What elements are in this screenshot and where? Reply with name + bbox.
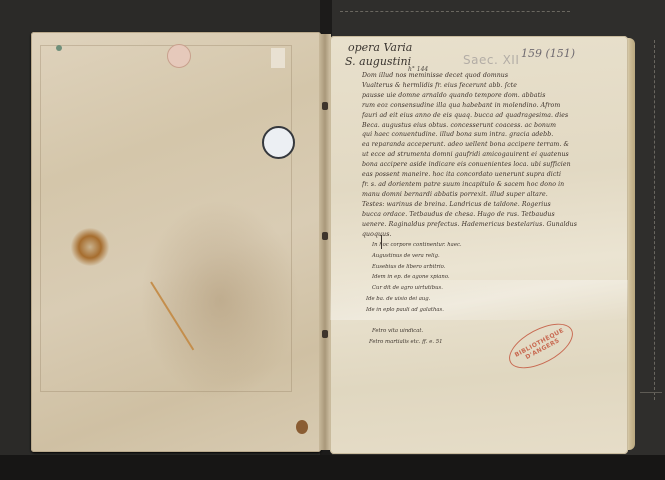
contents-line: In hoc corpore continentur. haec.	[372, 240, 462, 251]
contents-line: Idem in ep. de agone xpiano.	[372, 272, 462, 283]
board-paper-patch	[271, 48, 285, 68]
board-red-seal-mark	[167, 44, 191, 68]
contents-line: Augustinus de vera relig.	[372, 251, 462, 262]
annotation-title-line1: opera Varia	[348, 42, 412, 54]
contents-line: Ide in eplo pauli ad galathas.	[366, 305, 462, 316]
text-line: qui haec conuentudine. illud bona sum in…	[362, 130, 614, 140]
text-line: Dom illud nos meminisse decet quod domnu…	[362, 71, 614, 81]
sewing-hole	[322, 330, 328, 338]
text-line: rum eoz consensudine illa qua habebant i…	[362, 101, 614, 111]
sewing-hole	[322, 232, 328, 240]
text-line: eas possent maneire. hoc ita concordato …	[362, 170, 614, 180]
text-line: fr. s. ad dorientem patre suum incapitul…	[362, 180, 614, 190]
sewing-hole	[322, 102, 328, 110]
text-line: quoquus.	[362, 230, 614, 240]
contents-list: In hoc corpore continentur. haec. August…	[372, 240, 462, 348]
contents-line: Fetro martialis etc. ff. e. 51	[369, 337, 462, 348]
annotation-title-line2: S. augustini	[345, 56, 411, 68]
board-bottom-stain	[296, 420, 308, 434]
right-dashed-guide	[654, 40, 656, 400]
text-line: manu domni bernardi abbatis porrexit. il…	[362, 190, 614, 200]
contents-line: Ide ba. de uisio dei aug.	[366, 294, 462, 305]
contents-line: Cur dit de agro uirtutibus.	[372, 283, 462, 294]
text-line: uenere. Raginaldus prefectus. Hademericu…	[362, 220, 614, 230]
right-guide-end	[640, 392, 662, 393]
board-green-speck	[56, 45, 62, 51]
text-line: Beca. augustus eius obtus. concesserunt …	[362, 121, 614, 131]
contents-line	[372, 316, 462, 327]
board-hole	[262, 126, 295, 159]
text-line: Vualterus & hermlidis fr. eius fecerunt …	[362, 81, 614, 91]
contents-line: Eusebius de libero arbitrio.	[372, 262, 462, 273]
century-mark: Saec. XII	[463, 53, 519, 67]
board-rust-stain	[70, 228, 110, 266]
contents-line: Fetro vita uindicat.	[372, 326, 462, 337]
text-line: Testes: warinus de breina. Landricus de …	[362, 200, 614, 210]
text-line: pausse uie domne arnaldo quando tempore …	[362, 91, 614, 101]
text-line: ut ecce ad strumenta domni gaufridi amic…	[362, 150, 614, 160]
text-line: ea reparanda acceperunt. adeo uellent bo…	[362, 140, 614, 150]
bottom-shadow	[0, 455, 665, 480]
text-line: fauri ad eit eius anno de eis quaq. bucc…	[362, 111, 614, 121]
main-text-block: Dom illud nos meminisse decet quod domnu…	[362, 71, 614, 239]
top-dashed-guide	[340, 11, 570, 13]
shelfmark: 159 (151)	[521, 47, 575, 60]
text-line: bucca ordace. Tetbaudus de chesa. Hugo d…	[362, 210, 614, 220]
text-line: bona accipere aside indicare eis conueni…	[362, 160, 614, 170]
